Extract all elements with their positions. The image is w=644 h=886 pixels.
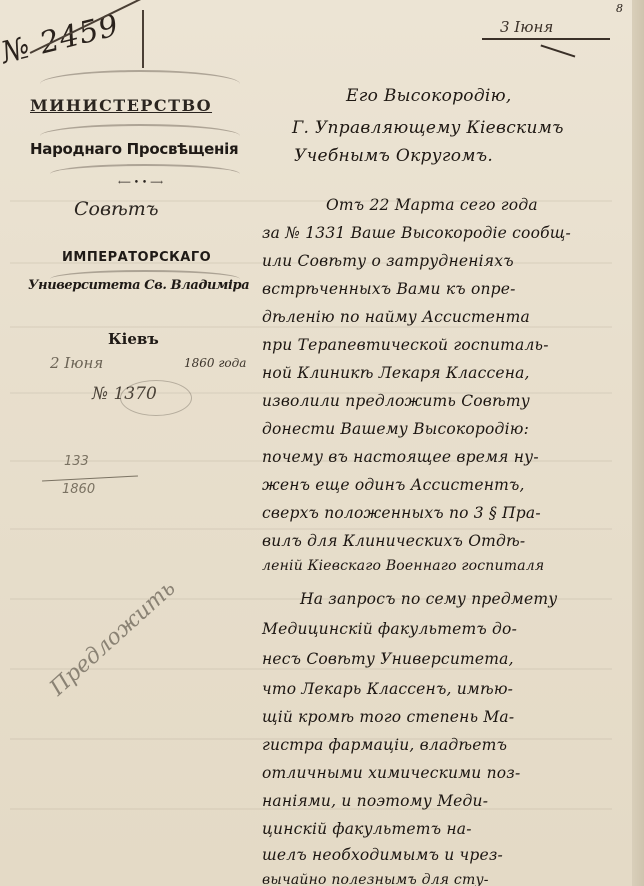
body-line: что Лекарь Классенъ, имѣю-: [262, 680, 513, 698]
body-line: почему въ настоящее время ну-: [262, 448, 539, 466]
archive-denominator: 1860: [62, 482, 95, 497]
body-line: На запросъ по сему предмету: [300, 590, 557, 608]
marginal-signature: Предложить: [45, 576, 180, 701]
body-line: леній Кіевскаго Военнаго госпиталя: [262, 558, 544, 574]
council-label: Совѣтъ: [74, 198, 158, 220]
resolution-underline: [482, 38, 610, 40]
body-line: донести Вашему Высокородію:: [262, 420, 529, 438]
body-line: гистра фармаціи, владѣетъ: [262, 736, 507, 754]
body-line: Медицинскій факультетъ до-: [262, 620, 517, 638]
archive-numerator: 133: [64, 454, 89, 469]
bleed-through-line: [10, 668, 612, 670]
body-line: щій кромѣ того степень Ма-: [262, 708, 514, 726]
body-line: цинскій факультетъ на-: [262, 820, 472, 838]
bleed-through-line: [10, 326, 612, 328]
date-line: 2 Іюня: [50, 354, 103, 372]
address-line: Г. Управляющему Кіевскимъ: [292, 118, 564, 138]
body-line: несъ Совѣту Университета,: [262, 650, 514, 668]
archive-fraction-bar: [42, 475, 138, 481]
body-line: за № 1331 Ваше Высокородіе сообщ-: [262, 224, 571, 242]
body-line: Отъ 22 Марта сего года: [326, 196, 538, 214]
outgoing-number: № 1370: [92, 384, 157, 404]
body-line: или Совѣту о затрудненіяхъ: [262, 252, 514, 270]
body-line: женъ еще одинъ Ассистентъ,: [262, 476, 525, 494]
body-line: при Терапевтической госпиталь-: [262, 336, 549, 354]
address-line: Его Высокородію,: [346, 86, 512, 106]
letterhead-flourish: [40, 70, 240, 98]
registry-number: № 2459: [0, 8, 123, 71]
page-edge: [632, 0, 644, 886]
year-line: 1860 года: [184, 356, 246, 370]
body-line: ной Клиникѣ Лекаря Классена,: [262, 364, 530, 382]
body-line: отличными химическими поз-: [262, 764, 520, 782]
registry-vertical-stroke: [142, 10, 144, 68]
body-line: встрѣченныхъ Вами къ опре-: [262, 280, 516, 298]
body-line: сверхъ положенныхъ по 3 § Пра-: [262, 504, 541, 522]
document-page: 8 № 2459 3 Іюня МИНИСТЕРСТВО Народнаго П…: [0, 0, 632, 886]
body-line: вычайно полезнымъ для сту-: [262, 872, 489, 886]
ministry-subtitle: Народнаго Просвѣщенія: [30, 140, 238, 158]
resolution-flourish: [541, 44, 576, 57]
university-line: Университета Св. Владиміра: [28, 278, 249, 293]
ministry-title: МИНИСТЕРСТВО: [30, 96, 212, 115]
bleed-through-line: [10, 528, 612, 530]
body-line: вилъ для Клиническихъ Отдѣ-: [262, 532, 525, 550]
body-line: изволили предложить Совѣту: [262, 392, 530, 410]
folio-number: 8: [616, 2, 623, 15]
resolution-note: 3 Іюня: [500, 18, 553, 36]
address-line: Учебнымъ Округомъ.: [294, 146, 493, 166]
city-line: Кіевъ: [108, 330, 159, 348]
imperial-line: ИМПЕРАТОРСКАГО: [62, 250, 211, 265]
body-line: дѣленію по найму Ассистента: [262, 308, 530, 326]
ornament-divider-icon: ⟵ • • ⟶: [118, 178, 163, 188]
body-line: наніями, и поэтому Меди-: [262, 792, 488, 810]
body-line: шелъ необходимымъ и чрез-: [262, 846, 503, 864]
